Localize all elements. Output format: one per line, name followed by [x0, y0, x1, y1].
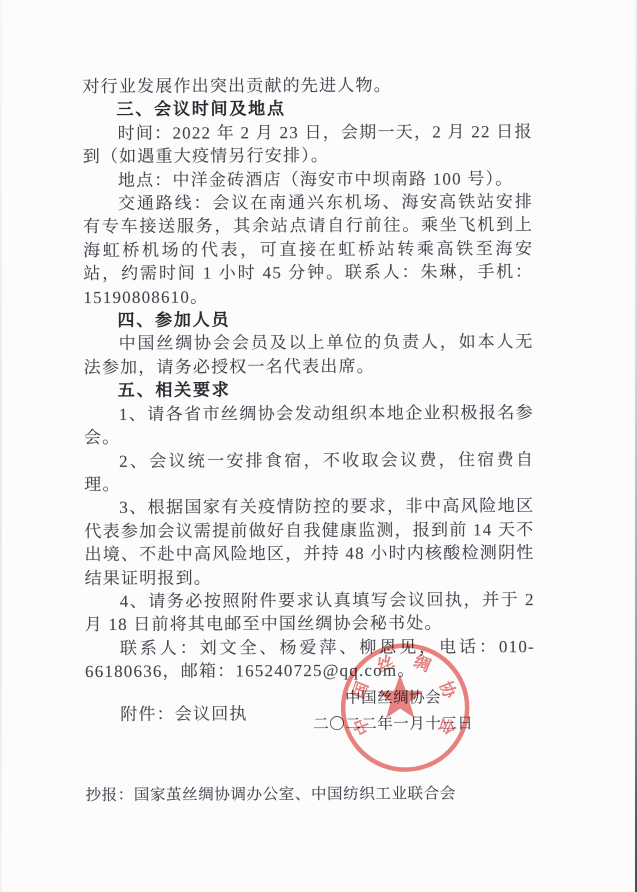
document-body: 对行业发展作出突出贡献的先进人物。三、会议时间及地点时间：2022 年 2 月 …: [82, 73, 535, 726]
seal-arc-char: 协: [436, 678, 461, 701]
scan-content: 对行业发展作出突出贡献的先进人物。三、会议时间及地点时间：2022 年 2 月 …: [0, 0, 637, 892]
official-seal-stamp: 中 国 丝 绸 协 会: [337, 639, 476, 778]
section-heading: 五、相关要求: [84, 377, 534, 402]
seal-arc-char: 绸: [411, 651, 434, 676]
seal-star-icon: [377, 675, 423, 719]
section-heading: 三、会议时间及地点: [82, 96, 532, 121]
scanned-document-page: 对行业发展作出突出贡献的先进人物。三、会议时间及地点时间：2022 年 2 月 …: [0, 0, 637, 892]
cc-line: 抄报：国家茧丝绸协调办公室、中国纺织工业联合会: [85, 781, 455, 805]
seal-arc-char: 国: [349, 679, 373, 701]
body-paragraph: 3、根据国家有关疫情防控的要求，非中高风险地区代表参加会议需提前做好自我健康监测…: [84, 494, 534, 590]
seal-arc-char: 会: [434, 715, 459, 739]
seal-arc-char: 中: [349, 715, 374, 738]
body-paragraph: 2、会议统一安排食宿，不收取会议费，住宿费自理。: [84, 448, 534, 497]
section-heading: 四、参加人员: [83, 307, 533, 332]
body-paragraph: 地点：中洋金砖酒店（海安市中坝南路 100 号）。: [83, 167, 533, 192]
body-paragraph: 对行业发展作出突出贡献的先进人物。: [82, 73, 532, 98]
body-paragraph: 交通路线：会议在南通兴东机场、海安高铁站安排有专车接送服务，其余站点请自行前往。…: [83, 190, 534, 309]
scan-left-edge-artifact: [0, 0, 2, 892]
body-paragraph: 中国丝绸协会会员及以上单位的负责人，如本人无法参加，请务必授权一名代表出席。: [84, 331, 534, 380]
body-paragraph: 时间：2022 年 2 月 23 日，会期一天，2 月 22 日报到（如遇重大疫…: [83, 120, 533, 169]
body-paragraph: 4、请务必按照附件要求认真填写会议回执，并于 2 月 18 日前将其电邮至中国丝…: [85, 588, 535, 637]
body-paragraph: 1、请各省市丝绸协会发动组织本地企业积极报名参会。: [84, 401, 534, 450]
